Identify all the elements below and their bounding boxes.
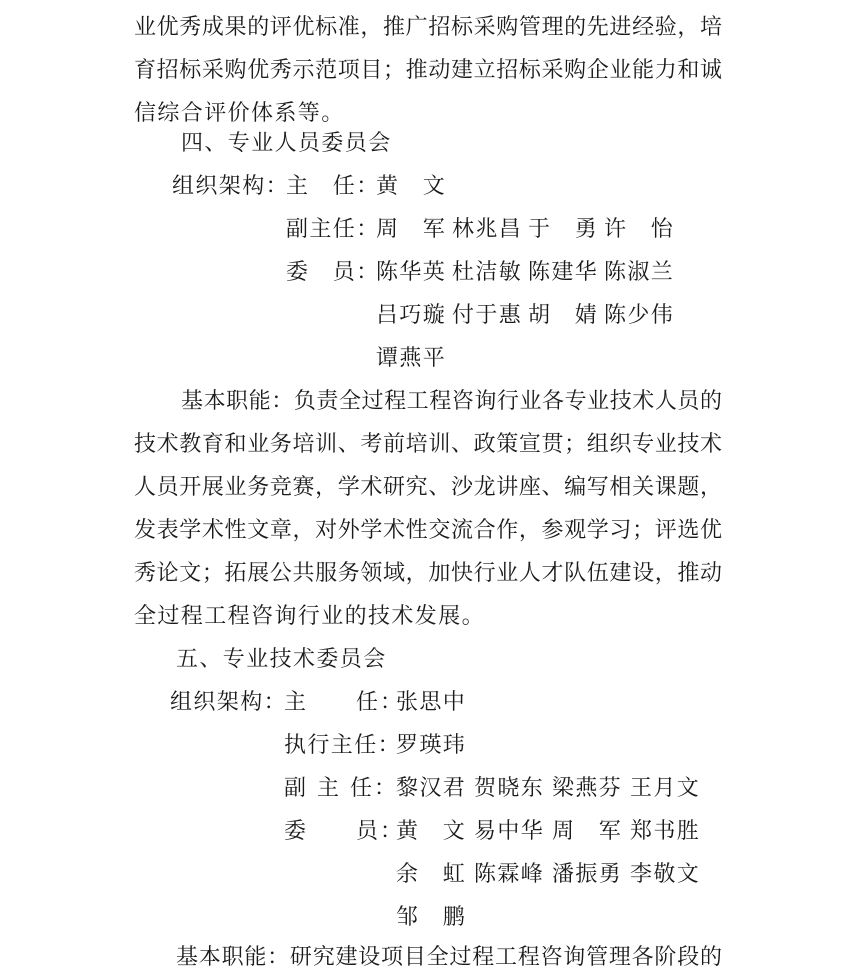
- member-name: 于 勇: [528, 216, 598, 244]
- member-name: 谭燕平: [376, 345, 446, 373]
- member-name: 贺晓东: [474, 775, 544, 803]
- member-name: 黄 文: [396, 818, 466, 846]
- org-label: 组织架构：: [170, 689, 287, 717]
- paragraph-line: 育招标采购优秀示范项目；推动建立招标采购企业能力和诚: [134, 57, 722, 85]
- member-name: 周 军: [376, 216, 446, 244]
- member-name: 陈建华: [528, 259, 598, 287]
- org-row-deputy: 副主任： 周 军 林兆昌 于 勇 许 怡: [0, 216, 850, 244]
- member-name: 陈淑兰: [604, 259, 674, 287]
- member-name: 杜洁敏: [452, 259, 522, 287]
- duties-line: 基本职能：研究建设项目全过程工程咨询管理各阶段的: [176, 944, 722, 972]
- paragraph-line: 信综合评价体系等。: [134, 100, 345, 128]
- member-name: 胡 婧: [528, 302, 598, 330]
- member-name: 吕巧璇: [376, 302, 446, 330]
- org-row-executive: 执行主任： 罗瑛玮: [0, 732, 850, 760]
- duties-line: 秀论文；拓展公共服务领域，加快行业人才队伍建设，推动: [134, 560, 722, 588]
- org-label: 组织架构：: [172, 173, 289, 201]
- member-name: 付于惠: [452, 302, 522, 330]
- org-row-director: 组织架构： 主 任： 黄 文: [0, 173, 850, 201]
- role-label: 委 员：: [284, 818, 404, 846]
- member-name: 张思中: [396, 689, 466, 717]
- member-name: 余 虹: [396, 861, 466, 889]
- org-row-director: 组织架构： 主 任： 张思中: [0, 689, 850, 717]
- member-name: 罗瑛玮: [396, 732, 466, 760]
- org-row-members-cont: 余 虹 陈霖峰 潘振勇 李敬文: [0, 861, 850, 889]
- member-name: 梁燕芬: [552, 775, 622, 803]
- duties-line: 发表学术性文章，对外学术性交流合作，参观学习；评选优: [134, 517, 722, 545]
- member-name: 李敬文: [630, 861, 700, 889]
- document-page: 业优秀成果的评优标准，推广招标采购管理的先进经验，培 育招标采购优秀示范项目；推…: [0, 0, 850, 978]
- member-name: 周 军: [552, 818, 622, 846]
- role-label: 主 任：: [286, 173, 380, 201]
- role-label: 副主任：: [286, 216, 380, 244]
- section-heading: 五、专业技术委员会: [176, 646, 387, 674]
- role-label: 副 主 任：: [284, 775, 398, 803]
- duties-line: 人员开展业务竞赛，学术研究、沙龙讲座、编写相关课题，: [134, 474, 722, 502]
- member-name: 郑书胜: [630, 818, 700, 846]
- org-row-members-cont: 谭燕平: [0, 345, 850, 373]
- role-label: 委 员：: [286, 259, 380, 287]
- member-name: 潘振勇: [552, 861, 622, 889]
- duties-line: 全过程工程咨询行业的技术发展。: [134, 603, 485, 631]
- org-row-members-cont: 吕巧璇 付于惠 胡 婧 陈少伟: [0, 302, 850, 330]
- duties-line: 技术教育和业务培训、考前培训、政策宣贯；组织专业技术: [134, 431, 722, 459]
- member-name: 邹 鹏: [396, 904, 466, 932]
- member-name: 黄 文: [376, 173, 446, 201]
- role-label: 执行主任：: [284, 732, 401, 760]
- org-row-deputy: 副 主 任： 黎汉君 贺晓东 梁燕芬 王月文: [0, 775, 850, 803]
- member-name: 陈少伟: [604, 302, 674, 330]
- duties-line: 基本职能：负责全过程工程咨询行业各专业技术人员的: [181, 388, 722, 416]
- member-name: 林兆昌: [452, 216, 522, 244]
- paragraph-line: 业优秀成果的评优标准，推广招标采购管理的先进经验，培: [134, 14, 722, 42]
- member-name: 王月文: [630, 775, 700, 803]
- section-heading: 四、专业人员委员会: [181, 130, 392, 158]
- member-name: 黎汉君: [396, 775, 466, 803]
- member-name: 许 怡: [604, 216, 674, 244]
- member-name: 易中华: [474, 818, 544, 846]
- member-name: 陈华英: [376, 259, 446, 287]
- org-row-members: 委 员： 黄 文 易中华 周 军 郑书胜: [0, 818, 850, 846]
- org-row-members-cont: 邹 鹏: [0, 904, 850, 932]
- org-row-members: 委 员： 陈华英 杜洁敏 陈建华 陈淑兰: [0, 259, 850, 287]
- member-name: 陈霖峰: [474, 861, 544, 889]
- role-label: 主 任：: [284, 689, 404, 717]
